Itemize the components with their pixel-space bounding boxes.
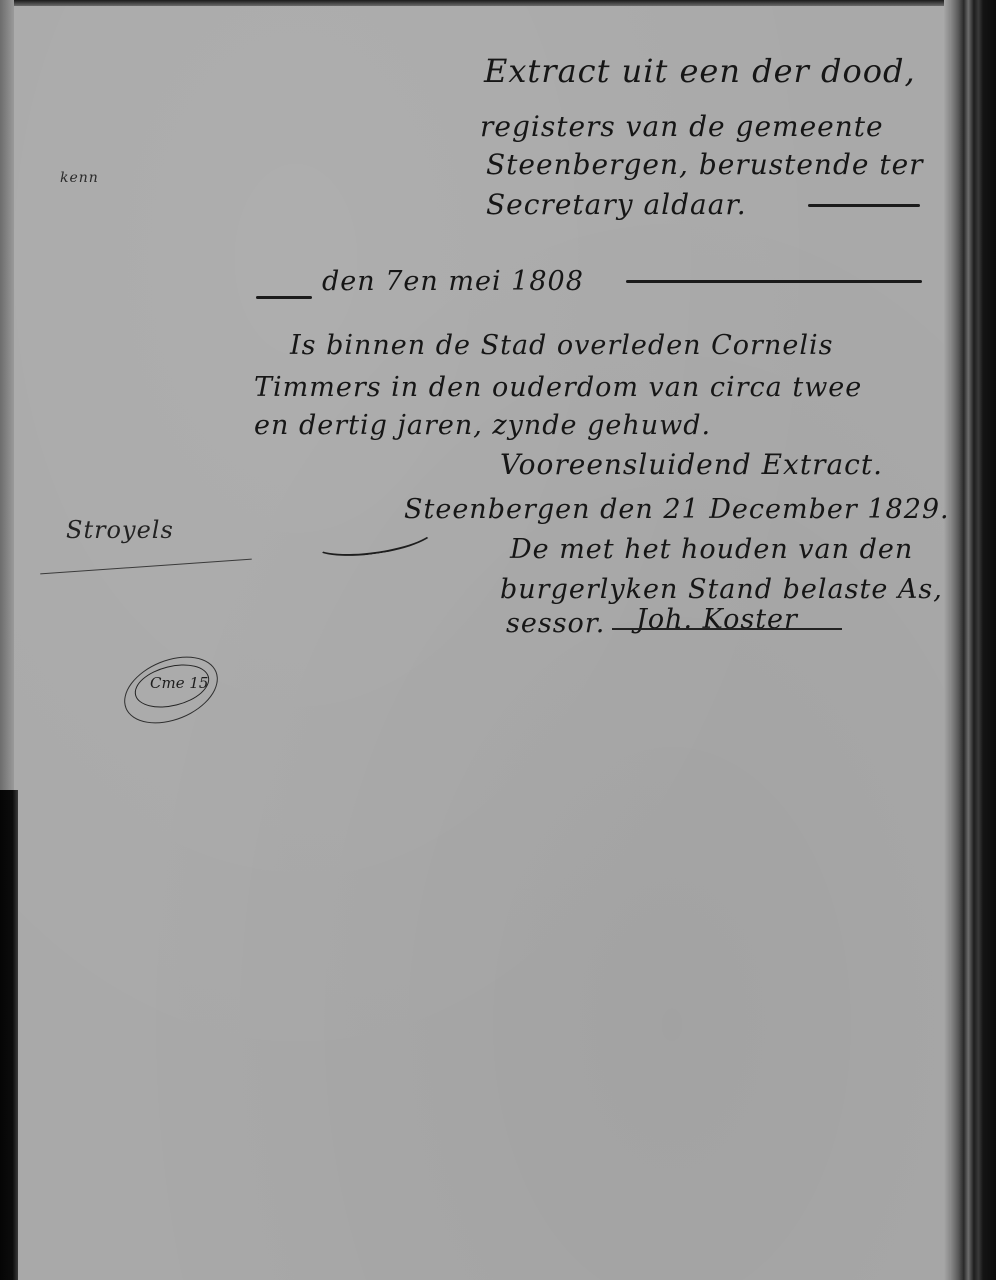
attestation-line: Vooreensluidend Extract.: [500, 448, 883, 481]
header-line-3: Steenbergen, berustende ter: [486, 148, 924, 181]
stamp-text: Cme 15: [150, 674, 208, 692]
page-top-edge: [0, 0, 996, 6]
body-line-3: en dertig jaren, zynde gehuwd.: [254, 410, 711, 441]
margin-signature: Stroyels: [66, 516, 174, 544]
body-line-2: Timmers in den ouderdom van circa twee: [254, 372, 862, 403]
closing-line-1: De met het houden van den: [510, 534, 913, 565]
margin-note-top-left: kenn: [60, 170, 99, 186]
header-line-1: Extract uit een der dood,: [484, 52, 916, 90]
closing-line-2: burgerlyken Stand belaste As,: [500, 574, 943, 605]
header-line-2: registers van de gemeente: [480, 110, 884, 143]
signature-underline: [612, 628, 842, 630]
header-end-rule: [808, 204, 920, 207]
left-page-edge: [0, 0, 14, 790]
date-line: den 7en mei 1808: [322, 266, 584, 297]
date-lead-rule: [256, 296, 312, 299]
date-trail-rule: [626, 280, 922, 283]
header-line-4: Secretary aldaar.: [486, 188, 747, 221]
left-binding-shadow: [0, 790, 18, 1280]
document-page: [14, 4, 954, 1280]
closing-line-3: sessor.: [506, 608, 605, 639]
body-line-1: Is binnen de Stad overleden Cornelis: [290, 330, 833, 361]
right-binding-shadow: [950, 0, 996, 1280]
place-date-line: Steenbergen den 21 December 1829.: [404, 494, 950, 525]
official-signature: Joh. Koster: [636, 604, 798, 635]
